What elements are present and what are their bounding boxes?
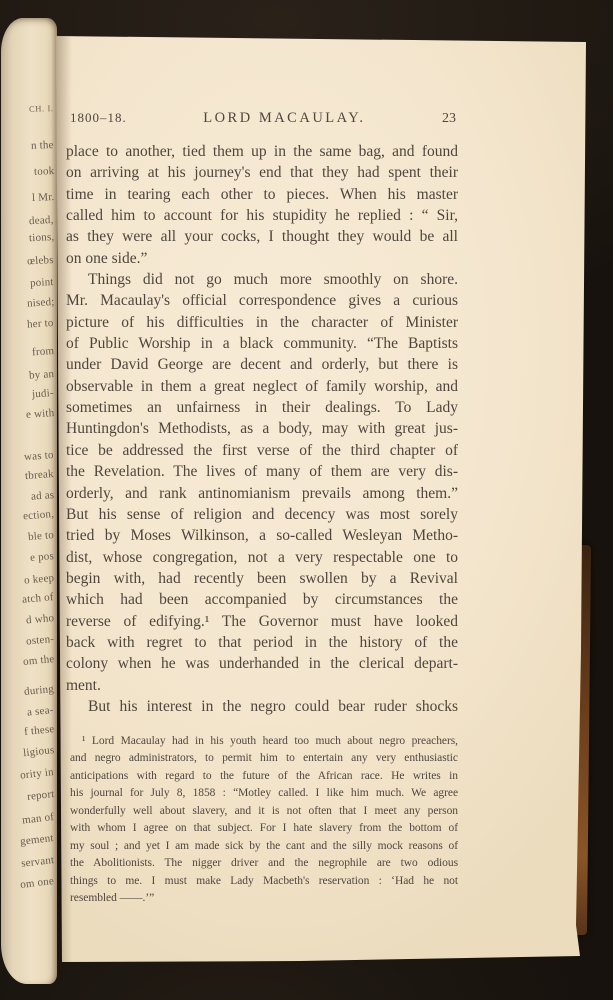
body-line: Things did not go much more smoothly on … [66, 269, 458, 290]
footnote-line: ¹ Lord Macaulay had in his youth heard t… [70, 733, 458, 750]
footnote-line: and negro administrators, to permit him … [70, 750, 458, 767]
photo-backdrop: CH. I.n thetookl Mr.dead,tions,œlebspoin… [0, 0, 613, 1000]
page-fragment: ble to [28, 529, 55, 543]
page-fragment: nised; [26, 296, 54, 310]
page-fragment: e with [25, 407, 54, 421]
footnote-line: his journal for July 8, 1858 : “Motley c… [70, 785, 458, 802]
body-line: on one side.” [66, 248, 458, 269]
page-fragment: tions, [28, 231, 54, 244]
body-line: place to another, tied them up in the sa… [66, 141, 458, 162]
footnote-line: anticipations with regard to the future … [70, 768, 458, 785]
body-line: back with regret to that period in the h… [66, 632, 458, 653]
footnote-line: wonderfully well about slavery, and it i… [70, 803, 458, 820]
facing-page-fragments: CH. I.n thetookl Mr.dead,tions,œlebspoin… [0, 0, 57, 1000]
page-fragment: was to [24, 449, 54, 463]
page-fragment: gement [20, 832, 55, 848]
chapter-heading-fragment: CH. I. [29, 103, 54, 114]
page-fragment: l Mr. [31, 191, 54, 204]
page-fragment: n the [31, 139, 54, 152]
footnote-line: resembled ——.’” [70, 890, 458, 907]
page-fragment: from [31, 345, 54, 358]
header-date: 1800–18. [66, 110, 127, 126]
footnote-line: the Abolitionists. The nigger driver and… [70, 855, 458, 872]
body-line: of Public Worship in a black community. … [66, 333, 458, 354]
body-line: time in tearing each other to pieces. Wh… [66, 184, 458, 205]
page-fragment: a sea- [27, 704, 55, 719]
body-line: begin with, had recently been swollen by… [66, 568, 458, 589]
body-line: But his interest in the negro could bear… [66, 696, 458, 717]
body-line: the Revelation. The lives of many of the… [66, 461, 458, 482]
page-fragment: judi- [32, 387, 55, 400]
page-fragment: œlebs [27, 254, 54, 267]
footnote: ¹ Lord Macaulay had in his youth heard t… [70, 733, 458, 907]
body-line: tried by Moses Wilkinson, a so-called We… [66, 525, 458, 546]
page-fragment: ligious [22, 744, 54, 759]
body-line: as they were all your cocks, I thought t… [66, 226, 458, 247]
body-line: picture of his difficulties in the chara… [66, 312, 458, 333]
body-line: reverse of edifying.¹ The Governor must … [66, 611, 458, 632]
page-fragment: took [33, 165, 54, 178]
page-fragment: om one [20, 875, 55, 891]
header-title: LORD MACAULAY. [127, 110, 442, 127]
page-fragment: e pos [30, 550, 55, 564]
page-fragment: report [26, 788, 55, 803]
body-line: sometimes an unfairness in their dealing… [66, 397, 458, 418]
body-line: ment. [66, 675, 458, 696]
page-fragment: her to [27, 317, 54, 331]
page-fragment: during [24, 683, 55, 698]
page-fragment: f these [23, 723, 54, 738]
page-fragment: man of [21, 811, 54, 826]
body-line: But his sense of religion and decency wa… [66, 504, 458, 525]
page-fragment: dead, [29, 214, 54, 227]
body-line: orderly, and rank antinomianism prevails… [66, 483, 458, 504]
body-line: colony when he was underhanded in the cl… [66, 653, 458, 674]
body-text: place to another, tied them up in the sa… [66, 141, 458, 717]
page-fragment: ad as [30, 489, 54, 503]
page-fragment: atch of [22, 591, 55, 606]
body-line: Huntingdon's Methodists, as a body, may … [66, 418, 458, 439]
book-page: 1800–18. LORD MACAULAY. 23 place to anot… [0, 0, 613, 1000]
running-header: 1800–18. LORD MACAULAY. 23 [66, 110, 458, 127]
page-fragment: o keep [23, 572, 54, 587]
body-line: which had been accompanied by circumstan… [66, 589, 458, 610]
page-fragment: ority in [20, 766, 55, 782]
page-fragment: point [30, 276, 54, 289]
page-fragment: om the [22, 653, 54, 668]
page-fragment: by an [29, 368, 55, 382]
body-line: under David George are decent and orderl… [66, 354, 458, 375]
footnote-line: things to me. I must make Lady Macbeth's… [70, 873, 458, 890]
body-line: tice be addressed the first verse of the… [66, 440, 458, 461]
body-line: observable in them a great neglect of fa… [66, 376, 458, 397]
body-line: Mr. Macaulay's official correspondence g… [66, 290, 458, 311]
page-fragment: osten- [25, 633, 54, 648]
page-fragment: d who [25, 612, 54, 627]
body-line: called him to account for his stupidity … [66, 205, 458, 226]
page-fragment: servant [20, 854, 54, 870]
page-fragment: tbreak [25, 468, 55, 482]
footnote-line: with whom I agree on that subject. For I… [70, 820, 458, 837]
body-line: on arriving at his journey's end that th… [66, 162, 458, 183]
footnote-line: my soul ; and yet I am made sick by the … [70, 838, 458, 855]
body-line: dist, whose congregation, not a very res… [66, 547, 458, 568]
page-number: 23 [442, 111, 458, 127]
page-fragment: ection, [23, 508, 55, 522]
